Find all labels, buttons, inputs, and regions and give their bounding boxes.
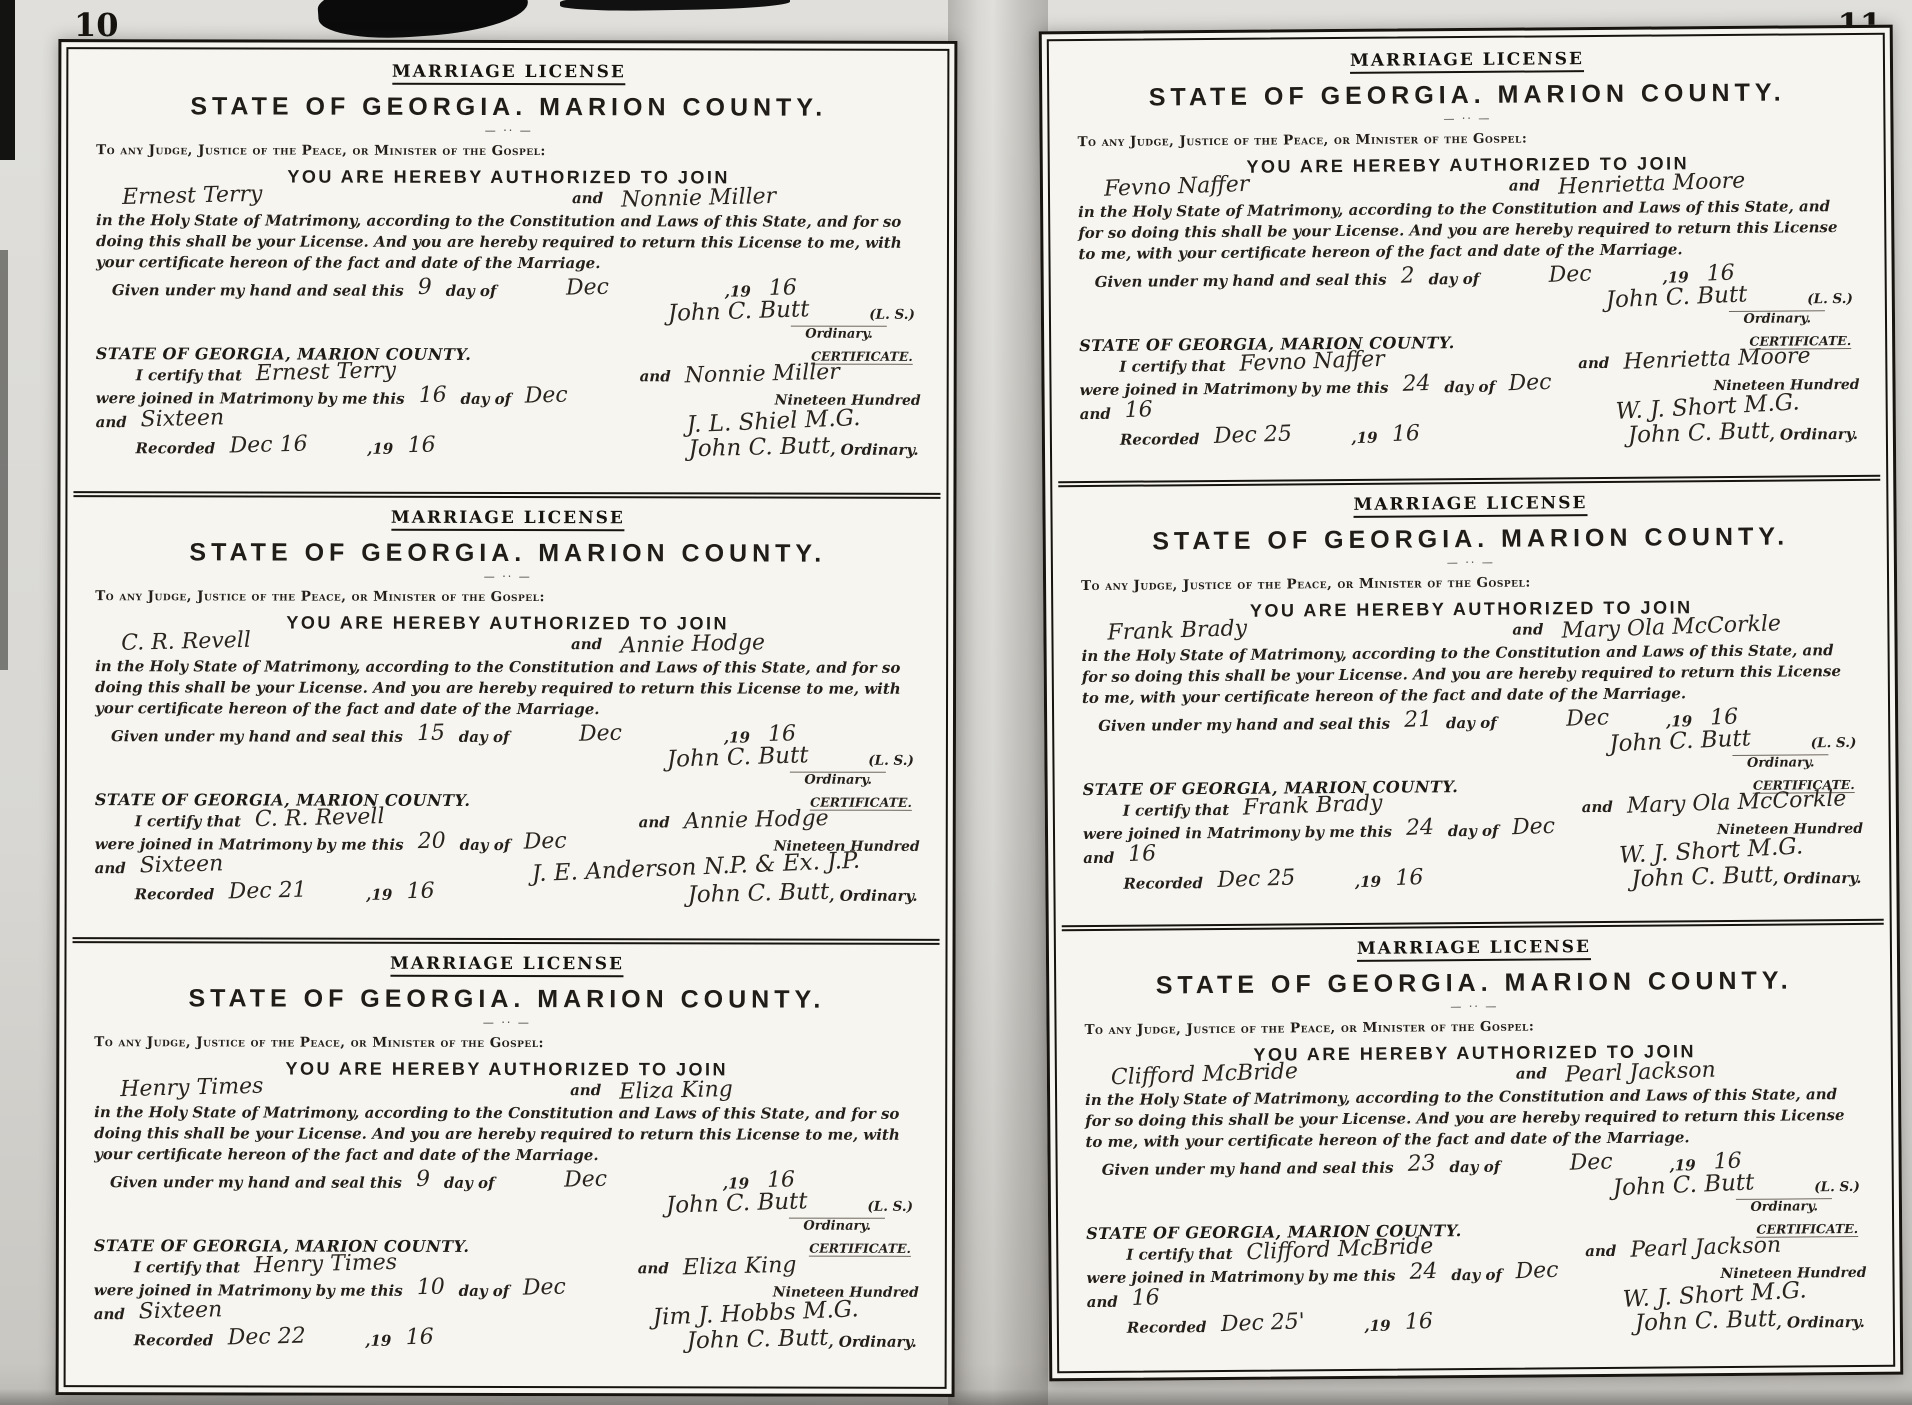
given-label: Given under my hand and seal this — [1098, 715, 1390, 735]
recorded-label: Recorded — [1127, 1318, 1207, 1337]
recorded-row: Recorded Dec 22 ,19 16 John C. Butt , Or… — [94, 1325, 919, 1353]
ordinary-label: , Ordinary. — [830, 441, 918, 459]
seal-label: (L. S.) — [868, 753, 914, 769]
year-prefix-label: ,19 — [365, 1332, 391, 1350]
spacer — [1752, 725, 1862, 726]
license-title: MARRIAGE LICENSE — [392, 62, 626, 85]
salutation-line: To any Judge, Justice of the Peace, or M… — [1084, 1016, 1864, 1038]
seal-label: (L. S.) — [1807, 291, 1853, 307]
day-of-label: day of — [1428, 270, 1479, 288]
married-day-entry: 10 — [416, 1275, 445, 1301]
groom-name-entry: Clifford McBride — [1111, 1059, 1299, 1090]
joined-label: were joined in Matrimony by me this — [1086, 1267, 1395, 1287]
spacer — [448, 900, 687, 901]
state-county-heading: STATE OF GEORGIA. MARION COUNTY. — [1084, 966, 1864, 1001]
married-month-entry: Dec — [1516, 1258, 1560, 1284]
certificate-bride-entry: Eliza King — [683, 1250, 914, 1281]
recorder-signature: John C. Butt — [687, 879, 829, 908]
and-label: and — [1083, 849, 1114, 867]
ordinary-label: , Ordinary. — [1769, 425, 1857, 444]
issued-day-entry: 9 — [416, 1167, 431, 1192]
recorded-label: Recorded — [134, 1331, 214, 1349]
year-written-entry: 16 — [1131, 1285, 1160, 1311]
certify-row: I certify that Ernest Terry and Nonnie M… — [96, 361, 921, 388]
recorder-signature: John C. Butt — [1631, 862, 1773, 893]
married-month-entry: Dec — [523, 1275, 567, 1301]
married-day-entry: 24 — [1409, 1259, 1438, 1285]
and-label: and — [1582, 798, 1613, 816]
issued-day-entry: 9 — [417, 275, 432, 300]
joined-label: were joined in Matrimony by me this — [95, 835, 404, 854]
year-row: and Sixteen Jim J. Hobbs M.G. — [94, 1299, 919, 1327]
and-label: and — [1578, 354, 1609, 372]
ordinary-label: Ordinary. — [791, 326, 887, 342]
married-month-entry: Dec — [1512, 814, 1556, 840]
recorded-date-entry: Dec 25' — [1220, 1309, 1305, 1337]
certify-label: I certify that — [1119, 357, 1225, 376]
certificate-groom-entry: Fevno Naffer — [1239, 347, 1385, 377]
recorded-row: Recorded Dec 25 ,19 16 John C. Butt , Or… — [1080, 419, 1860, 451]
married-month-entry: Dec — [1509, 370, 1553, 396]
ordinary-label-row: Ordinary. — [95, 767, 886, 788]
license-sections: MARRIAGE LICENSE STATE OF GEORGIA. MARIO… — [72, 51, 942, 1385]
recorded-row: Recorded Dec 25 ,19 16 John C. Butt , Or… — [1083, 863, 1863, 895]
and-label: and — [638, 1259, 669, 1277]
ordinary-label: Ordinary. — [1733, 754, 1829, 771]
day-of-label: day of — [446, 282, 497, 300]
year-row: and Sixteen J. L. Shiel M.G. — [96, 407, 921, 435]
given-label: Given under my hand and seal this — [1102, 1159, 1394, 1179]
spacer — [1167, 415, 1616, 419]
year-written-entry: 16 — [1124, 397, 1153, 423]
salutation-line: To any Judge, Justice of the Peace, or M… — [96, 142, 921, 160]
issued-month-entry: Dec — [1549, 261, 1593, 287]
recorded-label: Recorded — [1123, 874, 1203, 893]
year-written-entry: Sixteen — [140, 851, 224, 878]
divider-flourish: — ·· — — [95, 569, 920, 584]
day-of-label: day of — [460, 836, 511, 854]
spacer — [238, 427, 686, 428]
ordinary-label: Ordinary. — [790, 772, 886, 788]
issued-month-entry: Dec — [566, 275, 610, 301]
license-body-text: in the Holy State of Matrimony, accordin… — [1085, 1084, 1865, 1153]
and-label: and — [1516, 1064, 1547, 1082]
issued-day-entry: 23 — [1407, 1151, 1436, 1177]
spacer — [236, 1319, 652, 1320]
year-prefix-label: ,19 — [1355, 873, 1381, 891]
scan-edge-strip — [0, 250, 8, 670]
ordinary-signature: John C. Butt — [666, 742, 808, 773]
issued-month-entry: Dec — [564, 1167, 608, 1193]
seal-label: (L. S.) — [869, 307, 915, 323]
year-written-entry: Sixteen — [140, 405, 224, 432]
year-prefix-label: ,19 — [1351, 429, 1377, 447]
license-title: MARRIAGE LICENSE — [1357, 937, 1591, 962]
groom-name-entry: Henry Times — [120, 1074, 264, 1102]
bride-name-entry: Nonnie Miller — [621, 181, 882, 212]
state-county-heading: STATE OF GEORGIA. MARION COUNTY. — [1081, 522, 1861, 557]
recorded-row: Recorded Dec 21 ,19 16 John C. Butt , Or… — [95, 879, 920, 907]
register-page-left: MARRIAGE LICENSE STATE OF GEORGIA. MARIO… — [56, 39, 958, 1397]
spacer — [449, 454, 688, 455]
ordinary-signature: John C. Butt — [667, 296, 809, 327]
recorded-date-entry: Dec 16 — [229, 432, 308, 459]
page-gutter-fold — [948, 0, 1048, 1405]
day-of-label: day of — [1449, 1158, 1500, 1176]
license-title-wrap: MARRIAGE LICENSE — [96, 61, 921, 86]
scan-artifact-streak — [560, 0, 790, 12]
recorded-label: Recorded — [135, 885, 215, 903]
and-label: and — [1080, 405, 1111, 423]
spacer — [1174, 1303, 1623, 1307]
spacer — [1437, 885, 1631, 887]
recorded-label: Recorded — [136, 439, 216, 457]
certificate-groom-entry: Frank Brady — [1243, 791, 1383, 821]
married-day-entry: 24 — [1405, 815, 1434, 841]
ordinary-label: Ordinary. — [1736, 1198, 1832, 1215]
certify-label: I certify that — [136, 366, 242, 384]
married-day-entry: 16 — [418, 383, 447, 409]
marriage-license-block: MARRIAGE LICENSE STATE OF GEORGIA. MARIO… — [1055, 37, 1880, 481]
certify-row: I certify that C. R. Revell and Annie Ho… — [95, 807, 920, 834]
year-prefix-label: ,19 — [1364, 1317, 1390, 1335]
spacer — [447, 1346, 686, 1347]
recorded-row: Recorded Dec 25' ,19 16 John C. Butt , O… — [1087, 1307, 1867, 1339]
license-body-text: in the Holy State of Matrimony, accordin… — [95, 656, 920, 721]
state-county-heading: STATE OF GEORGIA. MARION COUNTY. — [95, 538, 920, 569]
recorded-date-entry: Dec 21 — [228, 878, 307, 905]
given-label: Given under my hand and seal this — [111, 727, 403, 746]
scanned-register-spread: 10 11 MARRIAGE LICENSE STATE OF GEORGIA.… — [0, 0, 1912, 1405]
license-title-wrap: MARRIAGE LICENSE — [1084, 935, 1864, 964]
divider-flourish: — ·· — — [96, 123, 921, 138]
issued-day-entry: 2 — [1400, 263, 1415, 288]
groom-name-entry: Ernest Terry — [122, 182, 263, 210]
license-title-wrap: MARRIAGE LICENSE — [94, 953, 919, 978]
issued-month-entry: Dec — [579, 721, 623, 747]
ordinary-signature: John C. Butt — [665, 1188, 807, 1219]
state-county-heading: STATE OF GEORGIA. MARION COUNTY. — [1077, 78, 1857, 113]
marriage-license-block: MARRIAGE LICENSE STATE OF GEORGIA. MARIO… — [72, 937, 940, 1385]
year-prefix-label: ,19 — [367, 440, 393, 458]
spacer — [1434, 441, 1628, 443]
recorded-date-entry: Dec 22 — [227, 1324, 306, 1351]
and-label: and — [94, 1305, 125, 1323]
married-month-entry: Dec — [524, 829, 568, 855]
recorder-signature: John C. Butt — [686, 1325, 828, 1354]
license-title-wrap: MARRIAGE LICENSE — [1077, 47, 1857, 76]
marriage-license-block: MARRIAGE LICENSE STATE OF GEORGIA. MARIO… — [1062, 919, 1887, 1369]
year-written-entry: 16 — [1128, 841, 1157, 867]
issued-month-entry: Dec — [1566, 705, 1610, 731]
marriage-license-block: MARRIAGE LICENSE STATE OF GEORGIA. MARIO… — [73, 491, 941, 939]
given-label: Given under my hand and seal this — [1095, 271, 1387, 291]
recorded-label: Recorded — [1120, 430, 1200, 449]
recorder-signature: John C. Butt — [688, 433, 830, 462]
license-title: MARRIAGE LICENSE — [390, 954, 624, 977]
and-label: and — [1512, 620, 1543, 638]
year-prefix-label: ,19 — [366, 886, 392, 904]
day-of-label: day of — [1444, 378, 1495, 396]
issued-day-entry: 15 — [417, 721, 446, 747]
groom-name-entry: C. R. Revell — [121, 628, 251, 656]
license-body-text: in the Holy State of Matrimony, accordin… — [1082, 640, 1862, 709]
ordinary-label: , Ordinary. — [829, 887, 917, 905]
and-label: and — [570, 1081, 601, 1099]
salutation-line: To any Judge, Justice of the Peace, or M… — [1078, 128, 1858, 150]
married-day-entry: 20 — [417, 829, 446, 855]
recorded-year-entry: 16 — [406, 878, 435, 904]
ordinary-label-row: Ordinary. — [94, 1213, 885, 1234]
license-body-text: in the Holy State of Matrimony, accordin… — [94, 1102, 919, 1167]
certify-row: I certify that Henry Times and Eliza Kin… — [94, 1253, 919, 1280]
spacer — [1756, 1169, 1866, 1170]
day-of-label: day of — [444, 1174, 495, 1192]
recorder-signature: John C. Butt — [1634, 1306, 1776, 1337]
and-label: and — [1087, 1293, 1118, 1311]
salutation-line: To any Judge, Justice of the Peace, or M… — [95, 588, 920, 606]
married-day-entry: 24 — [1402, 371, 1431, 397]
spacer — [1170, 859, 1619, 863]
married-month-entry: Dec — [525, 383, 569, 409]
state-county-heading: STATE OF GEORGIA. MARION COUNTY. — [94, 984, 919, 1015]
ordinary-label: Ordinary. — [789, 1218, 885, 1234]
certify-label: I certify that — [1123, 801, 1229, 820]
given-label: Given under my hand and seal this — [112, 281, 404, 300]
state-county-heading: STATE OF GEORGIA. MARION COUNTY. — [96, 92, 921, 123]
given-label: Given under my hand and seal this — [110, 1173, 402, 1192]
marriage-license-block: MARRIAGE LICENSE STATE OF GEORGIA. MARIO… — [1058, 475, 1883, 925]
recorded-date-entry: Dec 25 — [1213, 421, 1292, 449]
recorded-year-entry: 16 — [1404, 1309, 1433, 1335]
certificate-bride-entry: Annie Hodge — [684, 804, 915, 835]
certificate-groom-entry: C. R. Revell — [255, 804, 385, 832]
license-title-wrap: MARRIAGE LICENSE — [95, 507, 920, 532]
bride-name-entry: Eliza King — [619, 1073, 880, 1104]
and-label: and — [95, 859, 126, 877]
divider-flourish: — ·· — — [94, 1015, 919, 1030]
license-sections: MARRIAGE LICENSE STATE OF GEORGIA. MARIO… — [1055, 37, 1887, 1369]
and-label: and — [640, 367, 671, 385]
certificate-groom-entry: Clifford McBride — [1246, 1234, 1434, 1265]
recorded-year-entry: 16 — [1395, 865, 1424, 891]
certify-label: I certify that — [1126, 1245, 1232, 1264]
day-of-label: day of — [1448, 822, 1499, 840]
bride-name-entry: Annie Hodge — [620, 627, 881, 658]
license-body-text: in the Holy State of Matrimony, accordin… — [96, 210, 921, 275]
day-of-label: day of — [459, 1282, 510, 1300]
ordinary-label: , Ordinary. — [828, 1333, 916, 1351]
year-row: and Sixteen J. E. Anderson N.P. & Ex. J.… — [95, 853, 920, 881]
marriage-license-block: MARRIAGE LICENSE STATE OF GEORGIA. MARIO… — [73, 51, 941, 493]
recorded-year-entry: 16 — [405, 1324, 434, 1350]
scan-artifact-blob — [316, 0, 529, 43]
and-label: and — [572, 189, 603, 207]
day-of-label: day of — [1446, 714, 1497, 732]
license-title: MARRIAGE LICENSE — [1350, 49, 1584, 74]
certificate-groom-entry: Ernest Terry — [256, 358, 397, 386]
joined-label: were joined in Matrimony by me this — [94, 1281, 403, 1300]
salutation-line: To any Judge, Justice of the Peace, or M… — [94, 1034, 919, 1052]
and-label: and — [571, 635, 602, 653]
spacer — [1749, 281, 1859, 282]
day-of-label: day of — [1451, 1266, 1502, 1284]
issued-month-entry: Dec — [1570, 1149, 1614, 1175]
joined-label: were joined in Matrimony by me this — [96, 389, 405, 408]
license-body-text: in the Holy State of Matrimony, accordin… — [1078, 196, 1858, 265]
issued-day-entry: 21 — [1404, 707, 1433, 733]
recorded-year-entry: 16 — [1391, 421, 1420, 447]
and-label: and — [96, 413, 127, 431]
license-title: MARRIAGE LICENSE — [1353, 493, 1587, 518]
day-of-label: day of — [461, 390, 512, 408]
seal-label: (L. S.) — [867, 1199, 913, 1215]
ordinary-label-row: Ordinary. — [96, 321, 887, 342]
year-written-entry: Sixteen — [139, 1297, 223, 1324]
seal-label: (L. S.) — [1811, 735, 1857, 751]
joined-label: were joined in Matrimony by me this — [1079, 379, 1388, 399]
ordinary-label: , Ordinary. — [1773, 869, 1861, 888]
ordinary-label: Ordinary. — [1729, 310, 1825, 327]
recorded-row: Recorded Dec 16 ,19 16 John C. Butt , Or… — [96, 433, 921, 461]
certificate-bride-entry: Nonnie Miller — [684, 358, 915, 389]
license-title: MARRIAGE LICENSE — [391, 508, 625, 531]
certify-label: I certify that — [135, 812, 241, 830]
groom-name-entry: Frank Brady — [1107, 616, 1247, 646]
certify-label: I certify that — [134, 1258, 240, 1276]
recorded-date-entry: Dec 25 — [1217, 865, 1296, 893]
ordinary-label: , Ordinary. — [1776, 1313, 1864, 1332]
joined-label: were joined in Matrimony by me this — [1083, 823, 1392, 843]
day-of-label: day of — [459, 728, 510, 746]
and-label: and — [1585, 1242, 1616, 1260]
seal-label: (L. S.) — [1814, 1179, 1860, 1195]
recorded-year-entry: 16 — [407, 432, 436, 458]
and-label: and — [1509, 176, 1540, 194]
groom-name-entry: Fevno Naffer — [1104, 172, 1250, 202]
certificate-groom-entry: Henry Times — [254, 1250, 398, 1278]
license-title-wrap: MARRIAGE LICENSE — [1080, 491, 1860, 520]
scan-edge-strip — [0, 0, 15, 160]
recorder-signature: John C. Butt — [1628, 418, 1770, 449]
spacer — [237, 873, 531, 874]
spacer — [1447, 1329, 1635, 1330]
salutation-line: To any Judge, Justice of the Peace, or M… — [1081, 572, 1861, 594]
and-label: and — [639, 813, 670, 831]
register-page-right: MARRIAGE LICENSE STATE OF GEORGIA. MARIO… — [1039, 25, 1904, 1382]
